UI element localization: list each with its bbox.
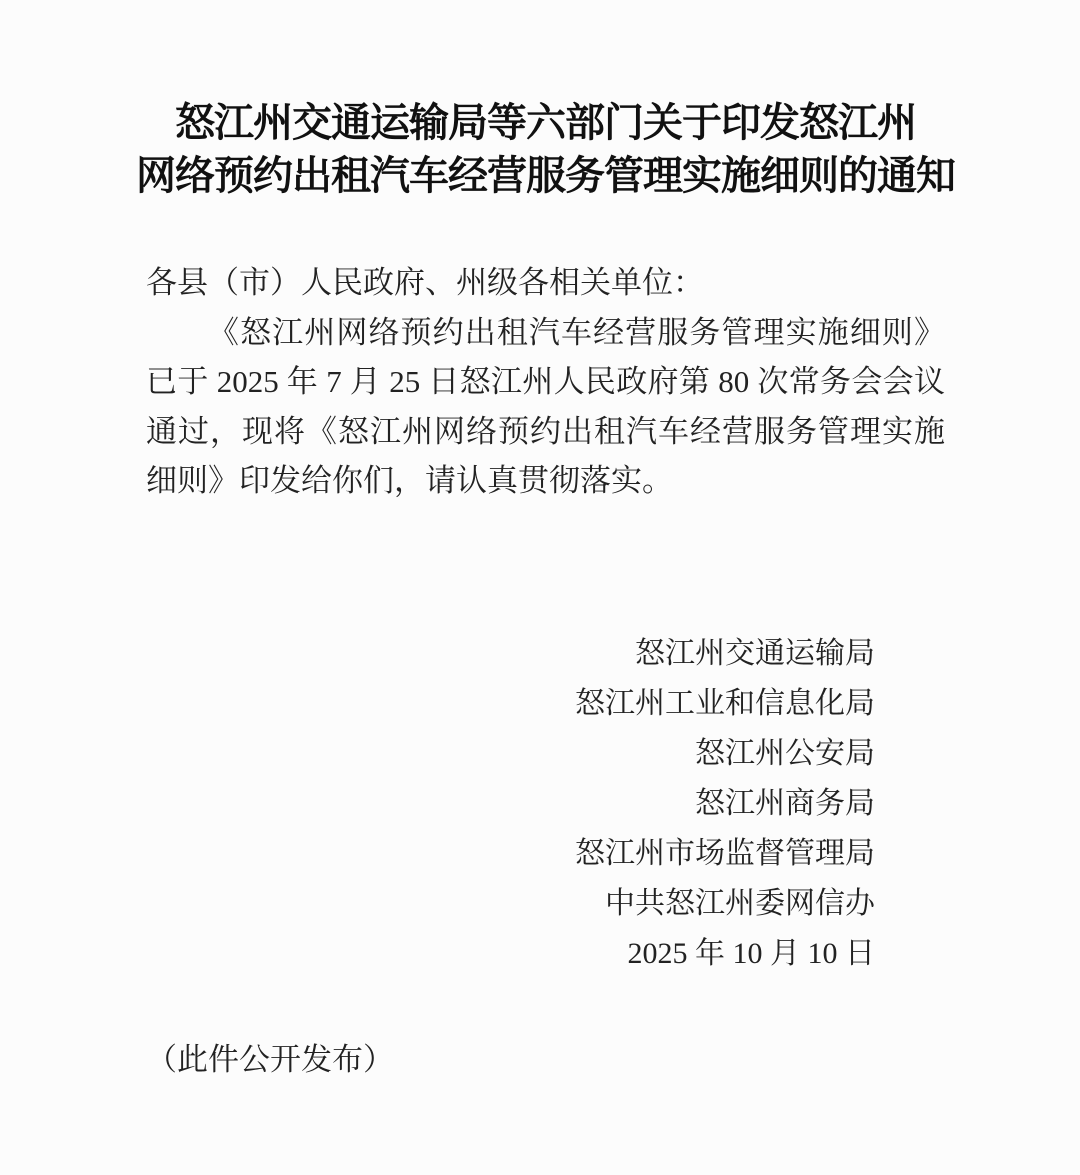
document-title: 怒江州交通运输局等六部门关于印发怒江州 网络预约出租汽车经营服务管理实施细则的通… (116, 96, 975, 202)
signature-agency-4: 怒江州商务局 (146, 779, 875, 829)
document-title-line-1: 怒江州交通运输局等六部门关于印发怒江州 (116, 96, 975, 149)
salutation-line: 各县（市）人民政府、州级各相关单位： (146, 258, 945, 308)
body-paragraph: 《怒江州网络预约出租汽车经营服务管理实施细则》已于 2025 年 7 月 25 … (146, 308, 945, 506)
signature-block: 怒江州交通运输局 怒江州工业和信息化局 怒江州公安局 怒江州商务局 怒江州市场监… (146, 629, 945, 979)
official-notice-document: 怒江州交通运输局等六部门关于印发怒江州 网络预约出租汽车经营服务管理实施细则的通… (0, 0, 1080, 1175)
signature-date: 2025 年 10 月 10 日 (146, 929, 875, 979)
signature-agency-5: 怒江州市场监督管理局 (146, 829, 875, 879)
signature-agency-1: 怒江州交通运输局 (146, 629, 875, 679)
document-title-line-2: 网络预约出租汽车经营服务管理实施细则的通知 (116, 149, 975, 202)
public-release-note: （此件公开发布） (146, 1035, 945, 1085)
signature-agency-2: 怒江州工业和信息化局 (146, 679, 875, 729)
signature-agency-3: 怒江州公安局 (146, 729, 875, 779)
document-body: 各县（市）人民政府、州级各相关单位： 《怒江州网络预约出租汽车经营服务管理实施细… (146, 258, 945, 506)
signature-agency-6: 中共怒江州委网信办 (146, 879, 875, 929)
